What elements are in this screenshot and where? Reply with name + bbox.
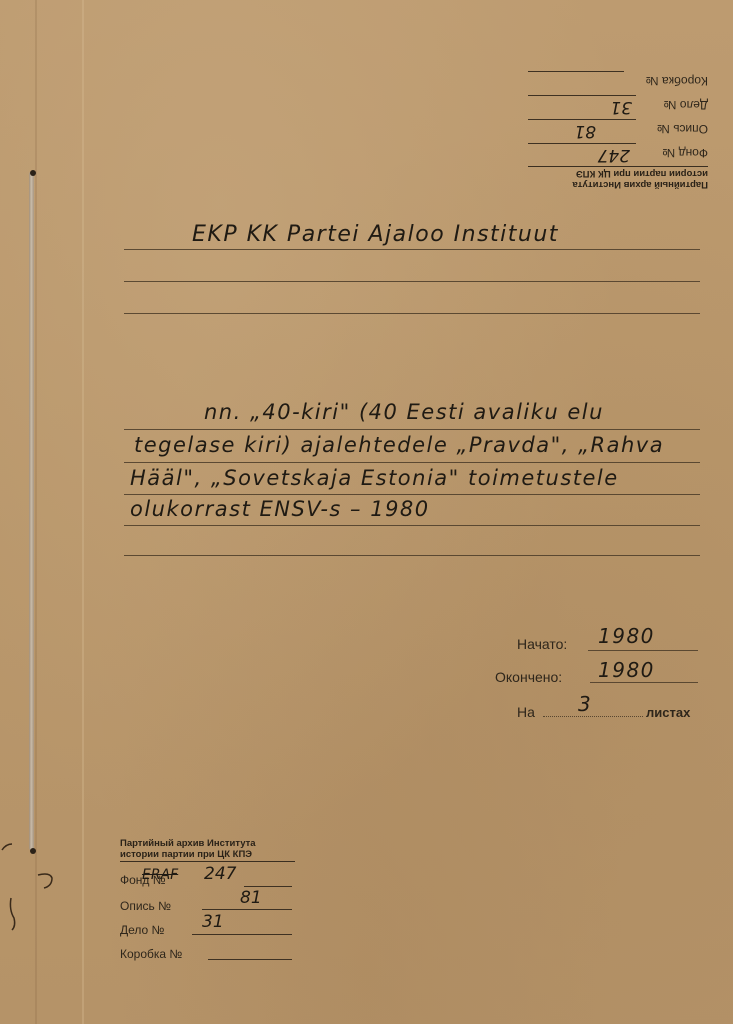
stamp-header-underline: [528, 166, 708, 167]
stamp-opis-value: 81: [240, 888, 262, 908]
stamp-korobka-label: Коробка №: [120, 947, 182, 961]
sheets-line: [543, 716, 643, 718]
description-rule-2: [124, 462, 700, 463]
started-label: Начато:: [517, 636, 567, 652]
institution-rule-3: [124, 313, 700, 314]
stamp-opis-value: 81: [574, 121, 596, 141]
sheets-prefix: На: [517, 704, 535, 720]
stamp-delo-label: Дело №: [664, 98, 708, 112]
stamp-opis-line: [528, 119, 636, 120]
sheets-value: 3: [578, 692, 592, 716]
stamp-delo-line: [192, 934, 292, 935]
description-rule-3: [124, 494, 700, 495]
binding-hole-top: [30, 170, 36, 176]
fold-crease-inner: [82, 0, 84, 1024]
institution-name: EKP KK Partei Ajaloo Instituut: [192, 222, 559, 247]
description-rule-4: [124, 525, 700, 526]
description-line-2: tegelase kiri) ajalehtedele „Pravda", „R…: [134, 433, 664, 457]
stamp-delo-label: Дело №: [120, 923, 164, 937]
stamp-fond-overwrite: ERAF: [142, 867, 178, 883]
stamp-delo-value: 31: [610, 97, 632, 117]
stamp-fond-label: Фонд №: [662, 146, 708, 160]
stamp-header-line2: истории партии при ЦК КПЭ: [528, 168, 708, 179]
stamp-opis-line: [202, 909, 292, 910]
stamp-header-underline: [120, 861, 295, 862]
description-line-4: olukorrast ENSV-s – 1980: [130, 497, 430, 521]
institution-rule-2: [124, 281, 700, 282]
stamp-opis-label: Опись №: [120, 899, 171, 913]
stamp-fond-value: 247: [598, 145, 630, 165]
description-line-1: nn. „40-kiri" (40 Eesti avaliku elu: [204, 400, 604, 424]
archive-stamp-rotated: Партийный архив Института истории партии…: [528, 60, 708, 190]
finished-line: [590, 682, 698, 683]
finished-value: 1980: [598, 658, 655, 682]
stamp-korobka-label: Коробка №: [646, 74, 708, 88]
stamp-korobka-line: [208, 959, 292, 960]
description-rule-1: [124, 429, 700, 430]
finished-label: Окончено:: [495, 669, 562, 685]
stamp-fond-line: [528, 143, 636, 144]
stamp-korobka-line: [528, 71, 624, 72]
description-rule-5: [124, 555, 700, 556]
sheets-suffix: листах: [646, 705, 690, 720]
started-value: 1980: [598, 624, 655, 648]
stamp-header-line2: истории партии при ЦК КПЭ: [120, 849, 295, 860]
institution-rule-1: [124, 249, 700, 250]
stamp-header-line1: Партийный архив Института: [528, 179, 708, 190]
stamp-header-line1: Партийный архив Института: [120, 838, 295, 849]
description-line-3: Hääl", „Sovetskaja Estonia" toimetustele: [130, 466, 619, 490]
archive-stamp-bottom: Партийный архив Института истории партии…: [120, 838, 300, 968]
stamp-delo-value: 31: [202, 912, 224, 932]
pen-mark-left: [0, 838, 60, 938]
stamp-fond-line: [244, 886, 292, 887]
binding-string: [29, 172, 34, 850]
stamp-delo-line: [528, 95, 636, 96]
started-line: [588, 650, 698, 651]
stamp-fond-value: 247: [204, 864, 236, 884]
stamp-opis-label: Опись №: [657, 122, 708, 136]
